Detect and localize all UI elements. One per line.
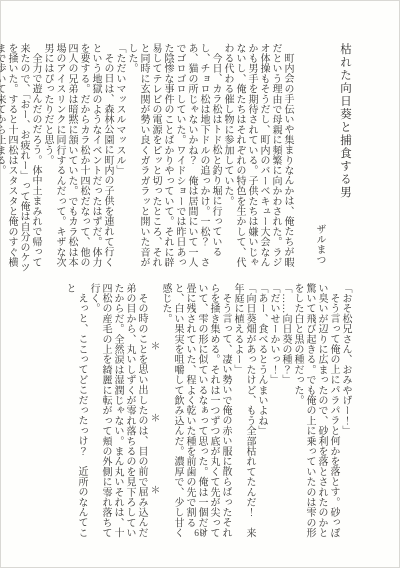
paragraph: 全力で遊んだのだろう。体中土まみれで帰って来たので、「おー、お疲れー」って俺は自… xyxy=(0,43,41,275)
upper-text-register: 枯れた向日葵と捕食する男 ザルまつ 町内会の手伝いや集まりなんかは、俺たちが暇だ… xyxy=(55,43,351,275)
dialogue-line: 「おそ松兄さん、おみやげー！」 xyxy=(339,283,351,541)
dialogue-line: 「向日葵畑があったけど、もう全部枯れてたんだ！ 来年庭に植えるよー」 xyxy=(231,283,255,541)
story-author: ザルまつ xyxy=(313,43,325,275)
dialogue-line: 「だいせーかいっ！」 xyxy=(267,283,279,541)
paragraph: その時のことを思い出したのは、目の前で屈み込んだ弟の目から、丸いしずくが零れ落ち… xyxy=(87,283,147,541)
dialogue-line: 「ただいマッスルマッスル」 xyxy=(113,43,125,275)
dialogue-line: 「あー、食べるとうんまいよね」 xyxy=(255,283,267,541)
paragraph: そう言って俺の上にパラパラと何かを落とす。砂っぽい臭いが辺りに広まったので、砂利… xyxy=(291,283,339,541)
paragraph: その日は、森林公園に町内の子供を連れて行くという地獄のようなイベントだったはずだ… xyxy=(41,43,113,275)
paragraph: 町内会の手伝いや集まりなんかは、俺たちが暇だという理由で母親に頻繁に向かわされた… xyxy=(221,43,293,275)
section-break-asterisks: ＊ ＊ ＊ xyxy=(147,283,159,541)
dialogue-line: 「……向日葵の種？」 xyxy=(279,283,291,541)
paragraph: 今日、カラ松はトド松と釣り堀に行っているし、チョロ松は地下ドルの追っかけ。一松？… xyxy=(125,43,221,275)
page-number: 69 xyxy=(1,529,399,539)
story-title: 枯れた向日葵と捕食する男 xyxy=(339,43,351,275)
lower-text-register: 「おそ松兄さん、おみやげー！」 そう言って俺の上にパラパラと何かを落とす。砂っぽ… xyxy=(55,283,351,541)
scanned-page-sheet: 枯れた向日葵と捕食する男 ザルまつ 町内会の手伝いや集まりなんかは、俺たちが暇だ… xyxy=(0,0,400,568)
paragraph: えっと、ここってどこだったっけ？ 近所のなんてこと xyxy=(63,283,87,541)
paragraph: そう言って、凄い勢いで俺の赤い服に散らばったそれらを掻き集める。それは一つずつ底… xyxy=(159,283,231,541)
